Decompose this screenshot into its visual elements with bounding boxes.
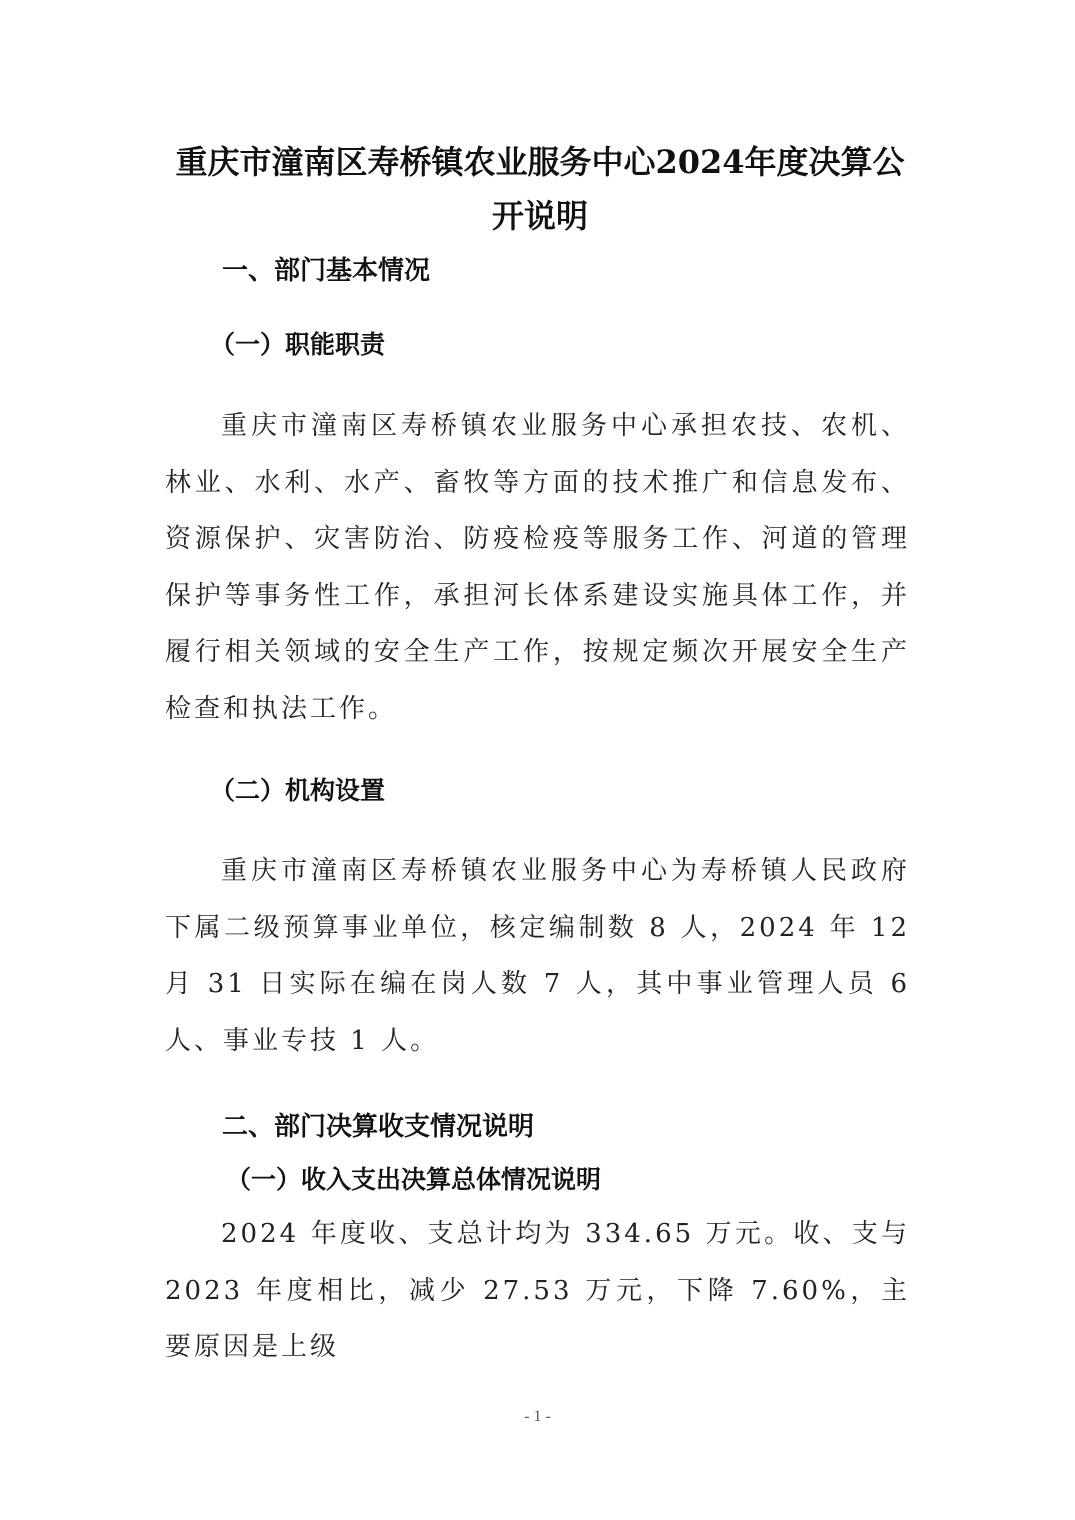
subsection-heading-1-1: （一）职能职责 [210, 328, 385, 362]
document-page: 重庆市潼南区寿桥镇农业服务中心2024年度决算公 开说明 一、部门基本情况 （一… [0, 0, 1075, 1520]
paragraph-revenue-expenditure: 2024 年度收、支总计均为 334.65 万元。收、支与 2023 年度相比，… [165, 1206, 910, 1376]
page-number: - 1 - [0, 1408, 1075, 1426]
section-heading-1: 一、部门基本情况 [222, 254, 430, 288]
document-title-line-1: 重庆市潼南区寿桥镇农业服务中心2024年度决算公 [165, 136, 915, 188]
subsection-heading-2-1: （一）收入支出决算总体情况说明 [226, 1163, 601, 1197]
paragraph-functions: 重庆市潼南区寿桥镇农业服务中心承担农技、农机、林业、水利、水产、畜牧等方面的技术… [165, 398, 910, 737]
document-title-line-2: 开说明 [165, 190, 915, 242]
subsection-heading-1-2: （二）机构设置 [210, 774, 385, 808]
paragraph-organization: 重庆市潼南区寿桥镇农业服务中心为寿桥镇人民政府下属二级预算事业单位，核定编制数 … [165, 843, 910, 1069]
section-heading-2: 二、部门决算收支情况说明 [222, 1110, 534, 1144]
